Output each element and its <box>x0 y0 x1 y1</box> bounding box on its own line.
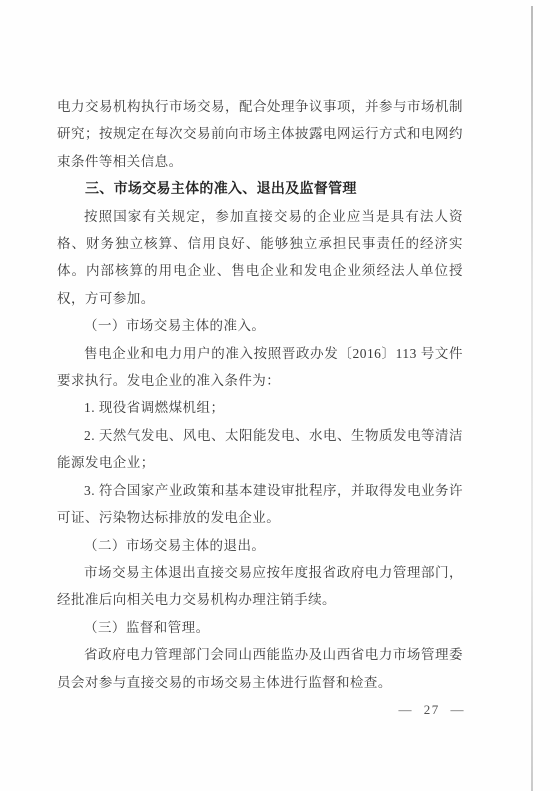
document-page: 电力交易机构执行市场交易，配合处理争议事项，并参与市场机制研究；按规定在每次交易… <box>0 0 560 791</box>
page-number: — 27 — <box>57 702 465 718</box>
paragraph: 售电企业和电力用户的准入按照晋政办发〔2016〕113 号文件要求执行。发电企业… <box>57 340 463 395</box>
paragraph: 市场交易主体退出直接交易应按年度报省政府电力管理部门，经批准后向相关电力交易机构… <box>57 559 463 614</box>
paragraph: 1. 现役省调燃煤机组； <box>57 394 463 421</box>
scan-edge-line <box>531 6 533 791</box>
paragraph: 省政府电力管理部门会同山西能监办及山西省电力市场管理委员会对参与直接交易的市场交… <box>57 641 463 696</box>
paragraph: 电力交易机构执行市场交易，配合处理争议事项，并参与市场机制研究；按规定在每次交易… <box>57 93 463 175</box>
paragraph: 按照国家有关规定，参加直接交易的企业应当是具有法人资格、财务独立核算、信用良好、… <box>57 203 463 313</box>
paragraph: 3. 符合国家产业政策和基本建设审批程序，并取得发电业务许可证、污染物达标排放的… <box>57 477 463 532</box>
paragraph: 2. 天然气发电、风电、太阳能发电、水电、生物质发电等清洁能源发电企业； <box>57 422 463 477</box>
paragraph: （二）市场交易主体的退出。 <box>57 532 463 559</box>
paragraph: （一）市场交易主体的准入。 <box>57 312 463 339</box>
paragraph: （三）监督和管理。 <box>57 614 463 641</box>
document-content: 电力交易机构执行市场交易，配合处理争议事项，并参与市场机制研究；按规定在每次交易… <box>57 93 463 696</box>
section-heading: 三、市场交易主体的准入、退出及监督管理 <box>57 175 463 202</box>
